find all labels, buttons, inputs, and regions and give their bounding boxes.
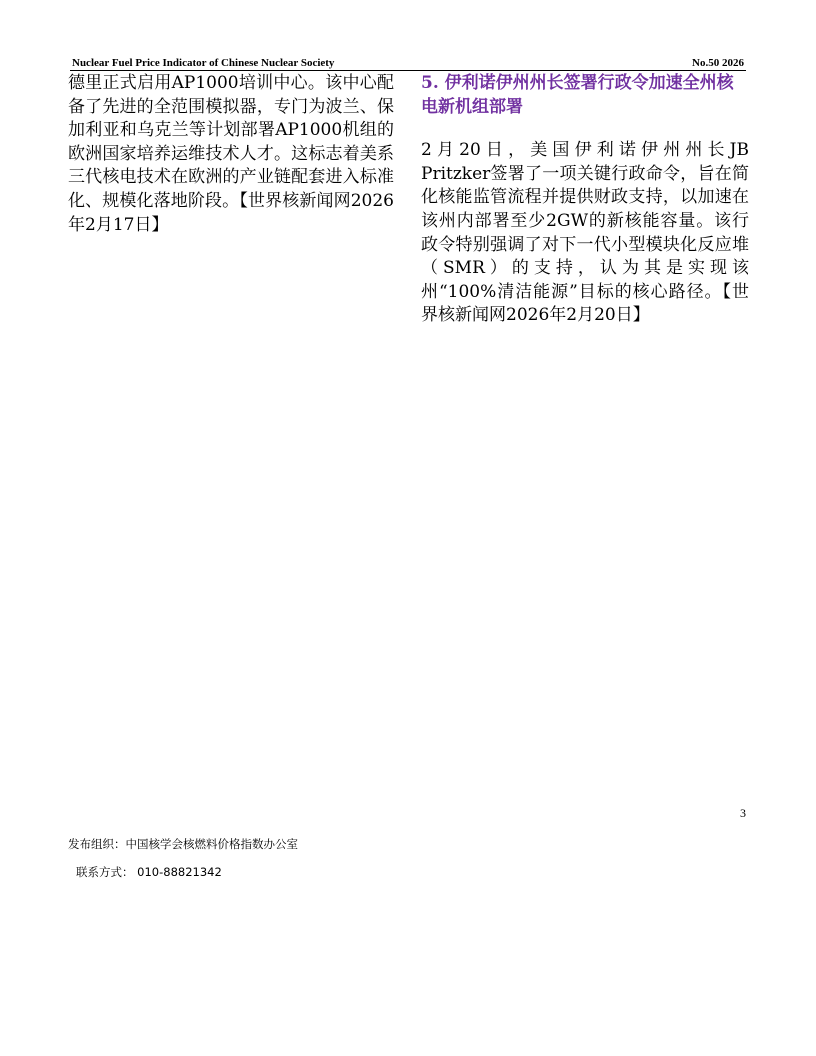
header-issue-number: No.50 2026 [692, 57, 744, 69]
footer-publisher: 发布组织：中国核学会核燃料价格指数办公室 [68, 836, 298, 852]
footer-contact: 联系方式： 010-88821342 [76, 864, 222, 880]
right-column: 5. 伊利诺伊州州长签署行政令加速全州核电新机组部署 2月20日，美国伊利诺伊州… [421, 72, 749, 328]
page-number: 3 [740, 806, 746, 821]
left-column: 德里正式启用AP1000培训中心。该中心配备了先进的全范围模拟器，专门为波兰、保… [68, 72, 394, 237]
header-publication-title: Nuclear Fuel Price Indicator of Chinese … [72, 57, 334, 69]
article-paragraph: 德里正式启用AP1000培训中心。该中心配备了先进的全范围模拟器，专门为波兰、保… [68, 72, 394, 237]
article-paragraph: 2月20日，美国伊利诺伊州州长JB Pritzker签署了一项关键行政命令，旨在… [421, 139, 749, 328]
page-header: Nuclear Fuel Price Indicator of Chinese … [70, 57, 746, 71]
article-title: 5. 伊利诺伊州州长签署行政令加速全州核电新机组部署 [421, 72, 749, 119]
